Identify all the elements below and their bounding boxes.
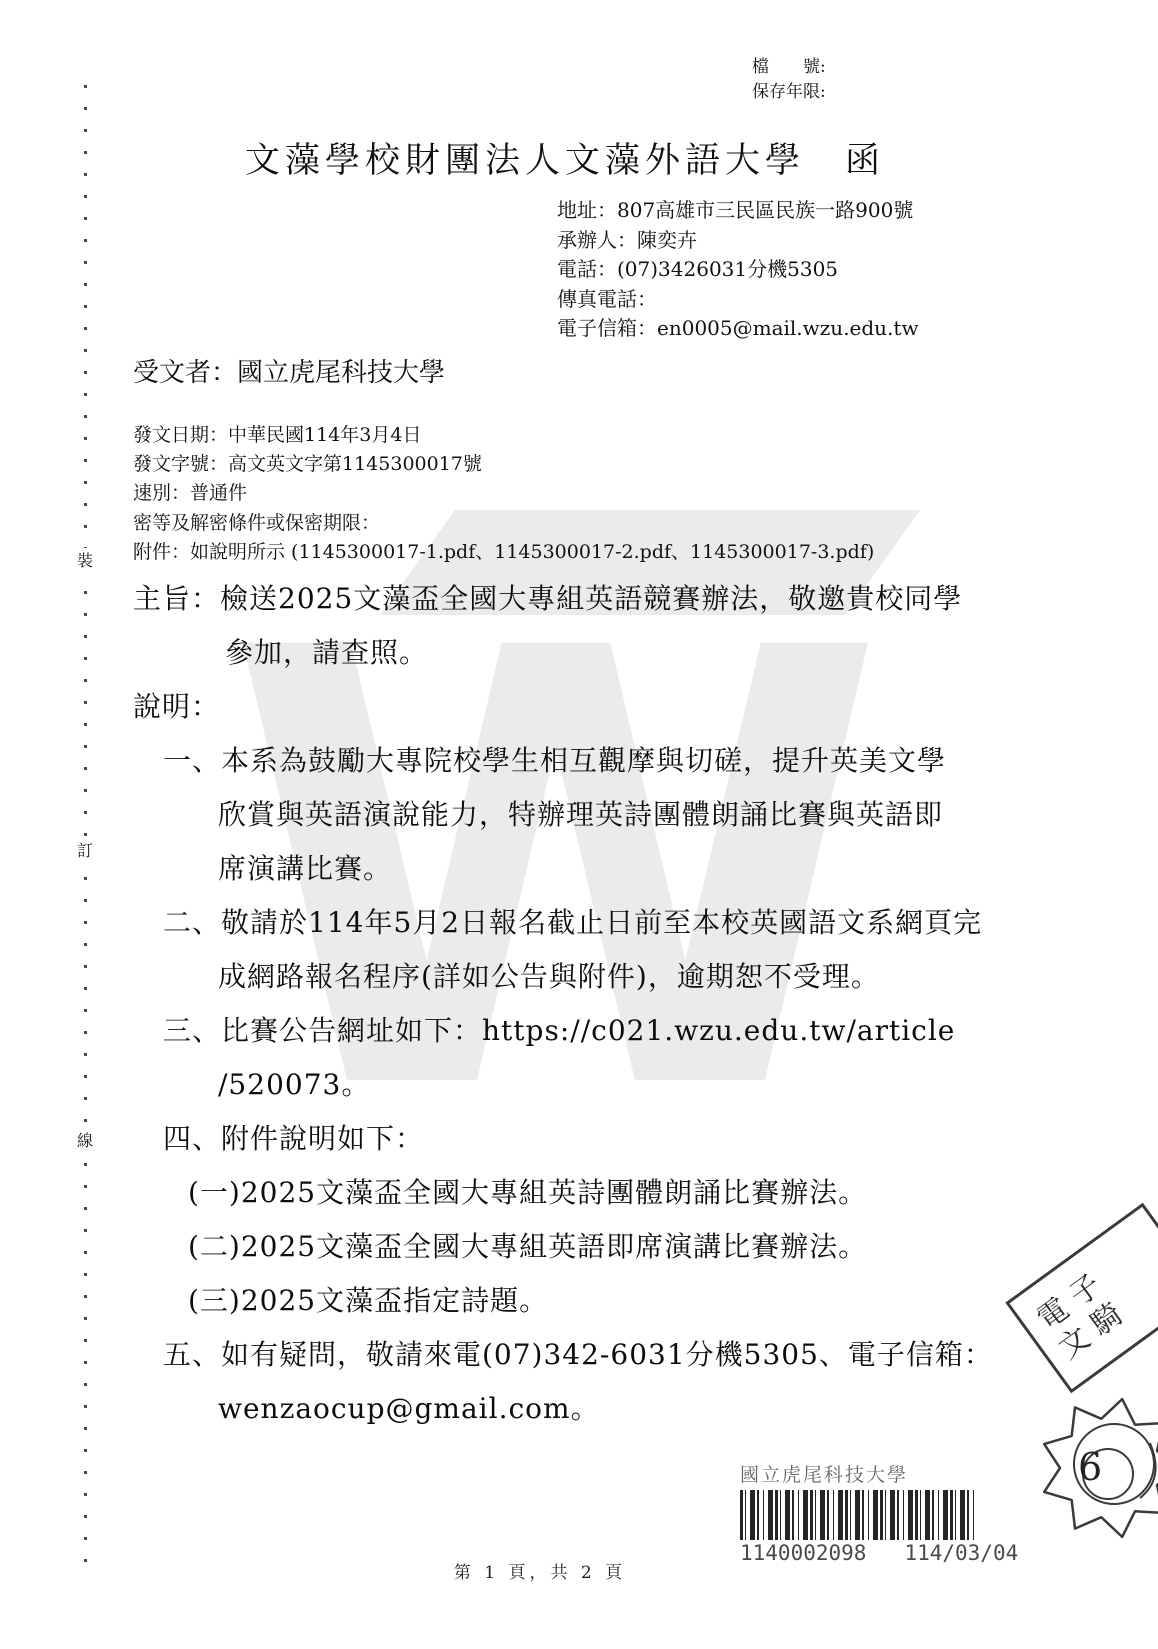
- page-indicator: 第 1 頁，共 2 頁: [400, 1558, 680, 1583]
- description-item-3-line-1: 三、比賽公告網址如下：https://c021.wzu.edu.tw/artic…: [163, 1004, 1003, 1058]
- description-item-3-line-2: /520073。: [218, 1058, 1003, 1112]
- official-letter-page: W 裝 訂 線 檔 號: 保存年限: 文藻學校財團法人文藻外語大學 函 地址：8…: [0, 0, 1158, 1649]
- binding-mark-ding: 訂: [71, 838, 99, 864]
- sender-contact-person: 承辦人：陳奕卉: [557, 226, 919, 256]
- registry-flower-stamp: 6: [1030, 1388, 1158, 1548]
- attachment-sub-item-2: (二)2025文藻盃全國大專組英語即席演講比賽辦法。: [188, 1220, 1003, 1274]
- attachments-line: 附件：如說明所示 (1145300017-1.pdf、1145300017-2.…: [133, 538, 874, 567]
- binding-mark-zhuang: 裝: [71, 548, 99, 574]
- issue-date-line: 發文日期：中華民國114年3月4日: [133, 421, 874, 450]
- document-meta-block: 發文日期：中華民國114年3月4日 發文字號：高文英文字第1145300017號…: [133, 421, 874, 567]
- description-item-5-line-1: 五、如有疑問，敬請來電(07)342-6031分機5305、電子信箱：: [163, 1328, 1003, 1382]
- document-title: 文藻學校財團法人文藻外語大學 函: [0, 133, 1130, 183]
- registry-barcode-block: 國立虎尾科技大學 1140002098 114/03/04: [740, 1460, 1018, 1565]
- registry-number-text: 1140002098: [740, 1541, 866, 1565]
- letter-body: 主旨：檢送2025文藻盃全國大專組英語競賽辦法，敬邀貴校同學 參加，請查照。 說…: [133, 572, 1003, 1436]
- sender-info-block: 地址：807高雄市三民區民族一路900號 承辦人：陳奕卉 電話：(07)3426…: [557, 196, 919, 344]
- recipient-line: 受文者：國立虎尾科技大學: [133, 352, 445, 389]
- attachment-sub-item-1: (一)2025文藻盃全國大專組英詩團體朗誦比賽辦法。: [188, 1166, 1003, 1220]
- sender-phone: 電話：(07)3426031分機5305: [557, 255, 919, 285]
- description-item-1-line-3: 席演講比賽。: [218, 842, 1003, 896]
- description-item-1-line-1: 一、本系為鼓勵大專院校學生相互觀摩與切磋，提升英美文學: [163, 734, 1003, 788]
- description-heading: 說明：: [133, 680, 1003, 734]
- registry-university-label: 國立虎尾科技大學: [740, 1460, 1018, 1487]
- registry-barcode: [740, 1490, 977, 1540]
- sender-fax: 傳真電話：: [557, 285, 919, 315]
- registry-date-text: 114/03/04: [904, 1541, 1018, 1565]
- attachment-sub-item-3: (三)2025文藻盃指定詩題。: [188, 1274, 1003, 1328]
- speed-class-line: 速別：普通件: [133, 479, 874, 508]
- subject-line-1: 主旨：檢送2025文藻盃全國大專組英語競賽辦法，敬邀貴校同學: [133, 572, 1003, 626]
- archive-file-no-label: 檔 號:: [752, 55, 826, 80]
- registry-barcode-numbers: 1140002098 114/03/04: [740, 1541, 1018, 1565]
- description-item-2-line-1: 二、敬請於114年5月2日報名截止日前至本校英國語文系網頁完: [163, 896, 1003, 950]
- registry-stamp-number: 6: [1078, 1445, 1102, 1489]
- security-class-line: 密等及解密條件或保密期限：: [133, 509, 874, 538]
- description-item-1-line-2: 欣賞與英語演說能力，特辦理英詩團體朗誦比賽與英語即: [218, 788, 1003, 842]
- electronic-exchange-stamp: 電子 文騎: [1005, 1203, 1158, 1394]
- doc-number-line: 發文字號：高文英文字第1145300017號: [133, 450, 874, 479]
- sender-address: 地址：807高雄市三民區民族一路900號: [557, 196, 919, 226]
- sender-email: 電子信箱：en0005@mail.wzu.edu.tw: [557, 314, 919, 344]
- subject-line-2: 參加，請查照。: [225, 626, 1003, 680]
- description-item-4-heading: 四、附件說明如下：: [163, 1112, 1003, 1166]
- archive-retention-label: 保存年限:: [752, 80, 826, 105]
- description-item-2-line-2: 成網路報名程序(詳如公告與附件)，逾期恕不受理。: [218, 950, 1003, 1004]
- binding-mark-xian: 線: [71, 1128, 99, 1154]
- binding-dotted-line: [84, 85, 87, 1565]
- description-item-5-line-2: wenzaocup@gmail.com。: [218, 1382, 1003, 1436]
- archive-header: 檔 號: 保存年限:: [752, 55, 826, 105]
